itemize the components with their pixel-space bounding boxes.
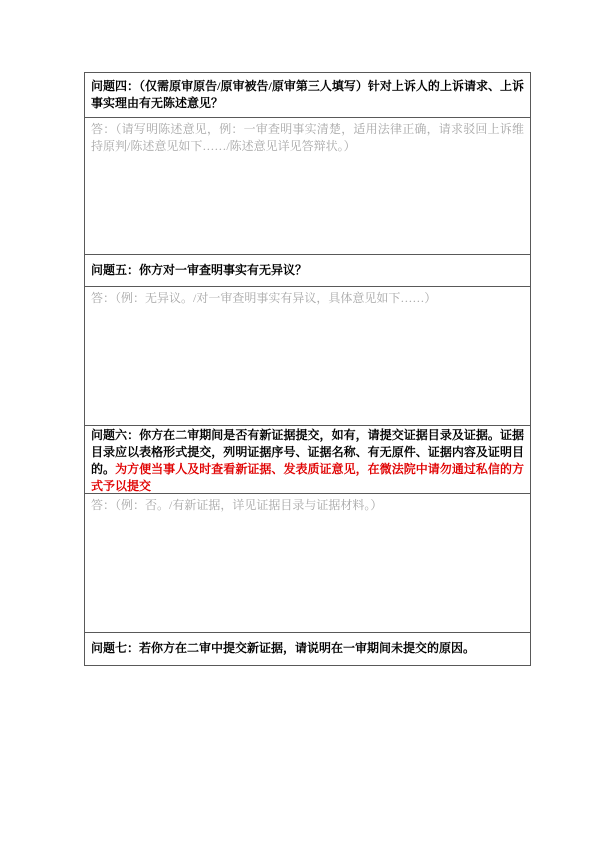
appeal-questionnaire-table: 问题四：（仅需原审原告/原审被告/原审第三人填写）针对上诉人的上诉请求、上诉事实… [84,72,531,666]
question-4-cell: 问题四：（仅需原审原告/原审被告/原审第三人填写）针对上诉人的上诉请求、上诉事实… [85,73,530,118]
question-6-warning-text: 为方便当事人及时查看新证据、发表质证意见，在微法院中请勿通过私信的方式予以提交 [91,462,524,493]
answer-4-field[interactable]: 答：（请写明陈述意见，例：一审查明事实清楚，适用法律正确，请求驳回上诉维持原判/… [85,118,530,255]
document-page: 问题四：（仅需原审原告/原审被告/原审第三人填写）针对上诉人的上诉请求、上诉事实… [0,0,599,848]
answer-4-placeholder: 答：（请写明陈述意见，例：一审查明事实清楚，适用法律正确，请求驳回上诉维持原判/… [91,122,524,153]
question-7-label: 问题七：若你方在二审中提交新证据，请说明在一审期间未提交的原因。 [91,641,475,655]
question-6-cell: 问题六：你方在二审期间是否有新证据提交，如有，请提交证据目录及证据。证据目录应以… [85,426,530,494]
question-5-cell: 问题五：你方对一审查明事实有无异议？ [85,255,530,287]
answer-6-placeholder: 答：（例：否。/有新证据，详见证据目录与证据材料。） [91,498,382,512]
question-5-label: 问题五：你方对一审查明事实有无异议？ [91,263,307,277]
answer-5-placeholder: 答：（例：无异议。/对一审查明事实有异议，具体意见如下……） [91,291,436,305]
answer-5-field[interactable]: 答：（例：无异议。/对一审查明事实有异议，具体意见如下……） [85,287,530,426]
question-4-label: 问题四：（仅需原审原告/原审被告/原审第三人填写）针对上诉人的上诉请求、上诉事实… [91,79,524,110]
answer-6-field[interactable]: 答：（例：否。/有新证据，详见证据目录与证据材料。） [85,494,530,633]
question-7-cell: 问题七：若你方在二审中提交新证据，请说明在一审期间未提交的原因。 [85,633,530,665]
